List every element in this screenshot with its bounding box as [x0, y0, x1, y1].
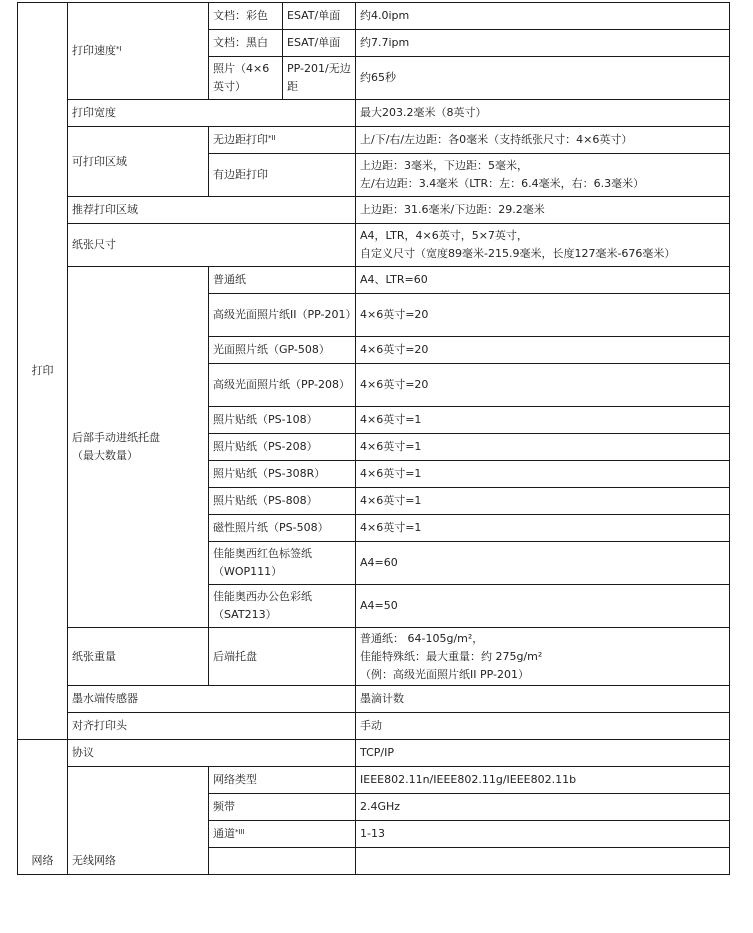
cell: 4×6英寸=1 [356, 461, 730, 488]
cell: 4×6英寸=1 [356, 434, 730, 461]
cell-label: 墨水端传感器 [68, 686, 356, 713]
cell: 文档：彩色 [209, 3, 283, 30]
cell-label: 纸张尺寸 [68, 224, 356, 267]
cell-sub: 照片贴纸（PS-808） [209, 488, 356, 515]
cell-label: 打印宽度 [68, 100, 356, 127]
cell: 上/下/右/左边距：各0毫米（支持纸张尺寸：4×6英寸） [356, 127, 730, 154]
print-speed-label: 打印速度*I [68, 3, 209, 100]
cell: A4=60 [356, 542, 730, 585]
cell: TCP/IP [356, 740, 730, 767]
cell: 4×6英寸=1 [356, 407, 730, 434]
cell-sub: 通道*III [209, 821, 356, 848]
cell: IEEE802.11n/IEEE802.11g/IEEE802.11b [356, 767, 730, 794]
cell: 普通纸： 64-105g/m²，佳能特殊纸：最大重量：约 275g/m²（例：高… [356, 628, 730, 686]
cell-sub: 高级光面照片纸（PP-208） [209, 364, 356, 407]
cell-sub: 佳能奥西办公色彩纸（SAT213） [209, 585, 356, 628]
cell: 照片（4×6英寸） [209, 57, 283, 100]
cell-label: 可打印区域 [68, 127, 209, 197]
cell: 约4.0ipm [356, 3, 730, 30]
cell: 文档：黑白 [209, 30, 283, 57]
spec-table: 打印 打印速度*I 文档：彩色 ESAT/单面 约4.0ipm 文档：黑白 ES… [17, 2, 730, 875]
cell: 4×6英寸=1 [356, 515, 730, 542]
cell: ESAT/单面 [283, 3, 356, 30]
cell: 4×6英寸=20 [356, 337, 730, 364]
cell-sub: 高级光面照片纸II（PP-201） [209, 294, 356, 337]
cell-label: 后部手动进纸托盘（最大数量） [68, 267, 209, 628]
cell: A4=50 [356, 585, 730, 628]
footnote-marker: *I [116, 45, 122, 53]
cell-sub: 光面照片纸（GP-508） [209, 337, 356, 364]
cell-label: 协议 [68, 740, 356, 767]
cell-sub: 无边距打印*II [209, 127, 356, 154]
cell: PP-201/无边距 [283, 57, 356, 100]
cell-sub: 照片贴纸（PS-108） [209, 407, 356, 434]
cell-label: 推荐打印区域 [68, 197, 356, 224]
cell-sub: 网络类型 [209, 767, 356, 794]
cell-label: 无线网络 [68, 767, 209, 875]
cell-sub [209, 848, 356, 875]
cell-sub: 照片贴纸（PS-208） [209, 434, 356, 461]
table-row: 可打印区域 无边距打印*II 上/下/右/左边距：各0毫米（支持纸张尺寸：4×6… [18, 127, 730, 154]
table-row: 墨水端传感器 墨滴计数 [18, 686, 730, 713]
cell-sub: 有边距打印 [209, 154, 356, 197]
cell-label: 纸张重量 [68, 628, 209, 686]
footnote-marker: *II [268, 134, 276, 142]
cell: 4×6英寸=1 [356, 488, 730, 515]
table-row: 纸张重量 后端托盘 普通纸： 64-105g/m²，佳能特殊纸：最大重量：约 2… [18, 628, 730, 686]
cell: A4，LTR，4×6英寸，5×7英寸，自定义尺寸（宽度89毫米-215.9毫米，… [356, 224, 730, 267]
table-row: 打印宽度 最大203.2毫米（8英寸） [18, 100, 730, 127]
cell: ESAT/单面 [283, 30, 356, 57]
cell: 手动 [356, 713, 730, 740]
cell-label: 对齐打印头 [68, 713, 356, 740]
cell: 1-13 [356, 821, 730, 848]
table-row: 后部手动进纸托盘（最大数量） 普通纸 A4、LTR=60 [18, 267, 730, 294]
table-row: 推荐打印区域 上边距：31.6毫米/下边距：29.2毫米 [18, 197, 730, 224]
table-row: 纸张尺寸 A4，LTR，4×6英寸，5×7英寸，自定义尺寸（宽度89毫米-215… [18, 224, 730, 267]
cell-sub: 照片贴纸（PS-308R） [209, 461, 356, 488]
cell-sub: 频带 [209, 794, 356, 821]
table-row: 无线网络 网络类型 IEEE802.11n/IEEE802.11g/IEEE80… [18, 767, 730, 794]
table-row: 网络 协议 TCP/IP [18, 740, 730, 767]
cell: A4、LTR=60 [356, 267, 730, 294]
cell: 4×6英寸=20 [356, 294, 730, 337]
table-row: 打印 打印速度*I 文档：彩色 ESAT/单面 约4.0ipm [18, 3, 730, 30]
cell: 2.4GHz [356, 794, 730, 821]
cell-sub: 佳能奥西红色标签纸（WOP111） [209, 542, 356, 585]
cell: 墨滴计数 [356, 686, 730, 713]
category-network: 网络 [18, 740, 68, 875]
cell: 约65秒 [356, 57, 730, 100]
cell: 上边距：31.6毫米/下边距：29.2毫米 [356, 197, 730, 224]
cell: 约7.7ipm [356, 30, 730, 57]
footnote-marker: *III [235, 828, 245, 836]
cell: 4×6英寸=20 [356, 364, 730, 407]
cell: 最大203.2毫米（8英寸） [356, 100, 730, 127]
cell-sub: 普通纸 [209, 267, 356, 294]
cell [356, 848, 730, 875]
table-row: 对齐打印头 手动 [18, 713, 730, 740]
cell-sub: 磁性照片纸（PS-508） [209, 515, 356, 542]
cell: 上边距：3毫米，下边距：5毫米，左/右边距：3.4毫米（LTR：左：6.4毫米，… [356, 154, 730, 197]
category-print: 打印 [18, 3, 68, 740]
cell-sub: 后端托盘 [209, 628, 356, 686]
